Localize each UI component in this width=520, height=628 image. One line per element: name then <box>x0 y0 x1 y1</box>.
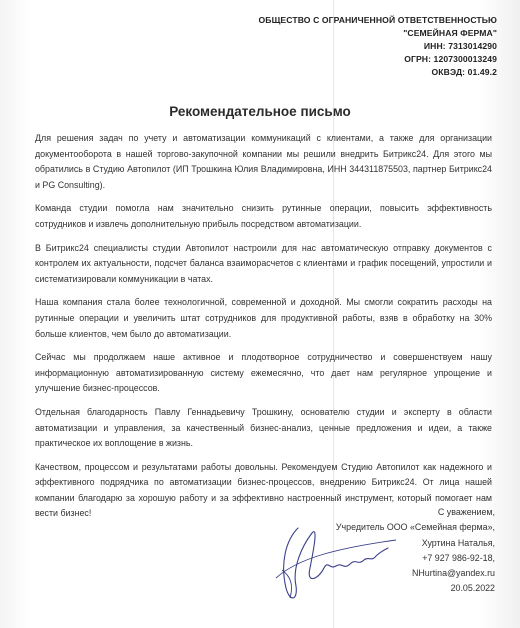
org-name: ОБЩЕСТВО С ОГРАНИЧЕННОЙ ОТВЕТСТВЕННОСТЬЮ <box>259 14 497 27</box>
letter-page: ОБЩЕСТВО С ОГРАНИЧЕННОЙ ОТВЕТСТВЕННОСТЬЮ… <box>0 0 520 628</box>
paragraph: Отдельная благодарность Павлу Геннадьеви… <box>35 405 492 452</box>
company-header: ОБЩЕСТВО С ОГРАНИЧЕННОЙ ОТВЕТСТВЕННОСТЬЮ… <box>259 14 497 79</box>
ogrn: ОГРН: 1207300013249 <box>259 53 497 66</box>
paragraph: Команда студии помогла нам значительно с… <box>35 201 492 232</box>
paragraph: Сейчас мы продолжаем наше активное и пло… <box>35 350 492 397</box>
paragraph: В Битрикс24 специалисты студии Автопилот… <box>35 241 492 288</box>
paragraph: Для решения задач по учету и автоматизац… <box>35 131 492 193</box>
handwritten-signature-icon <box>268 518 398 608</box>
paragraph: Наша компания стала более технологичной,… <box>35 295 492 342</box>
letter-title: Рекомендательное письмо <box>0 104 520 119</box>
letter-body: Для решения задач по учету и автоматизац… <box>35 131 492 530</box>
inn: ИНН: 7313014290 <box>259 40 497 53</box>
okved: ОКВЭД: 01.49.2 <box>259 66 497 79</box>
org-short-name: "СЕМЕЙНАЯ ФЕРМА" <box>259 27 497 40</box>
